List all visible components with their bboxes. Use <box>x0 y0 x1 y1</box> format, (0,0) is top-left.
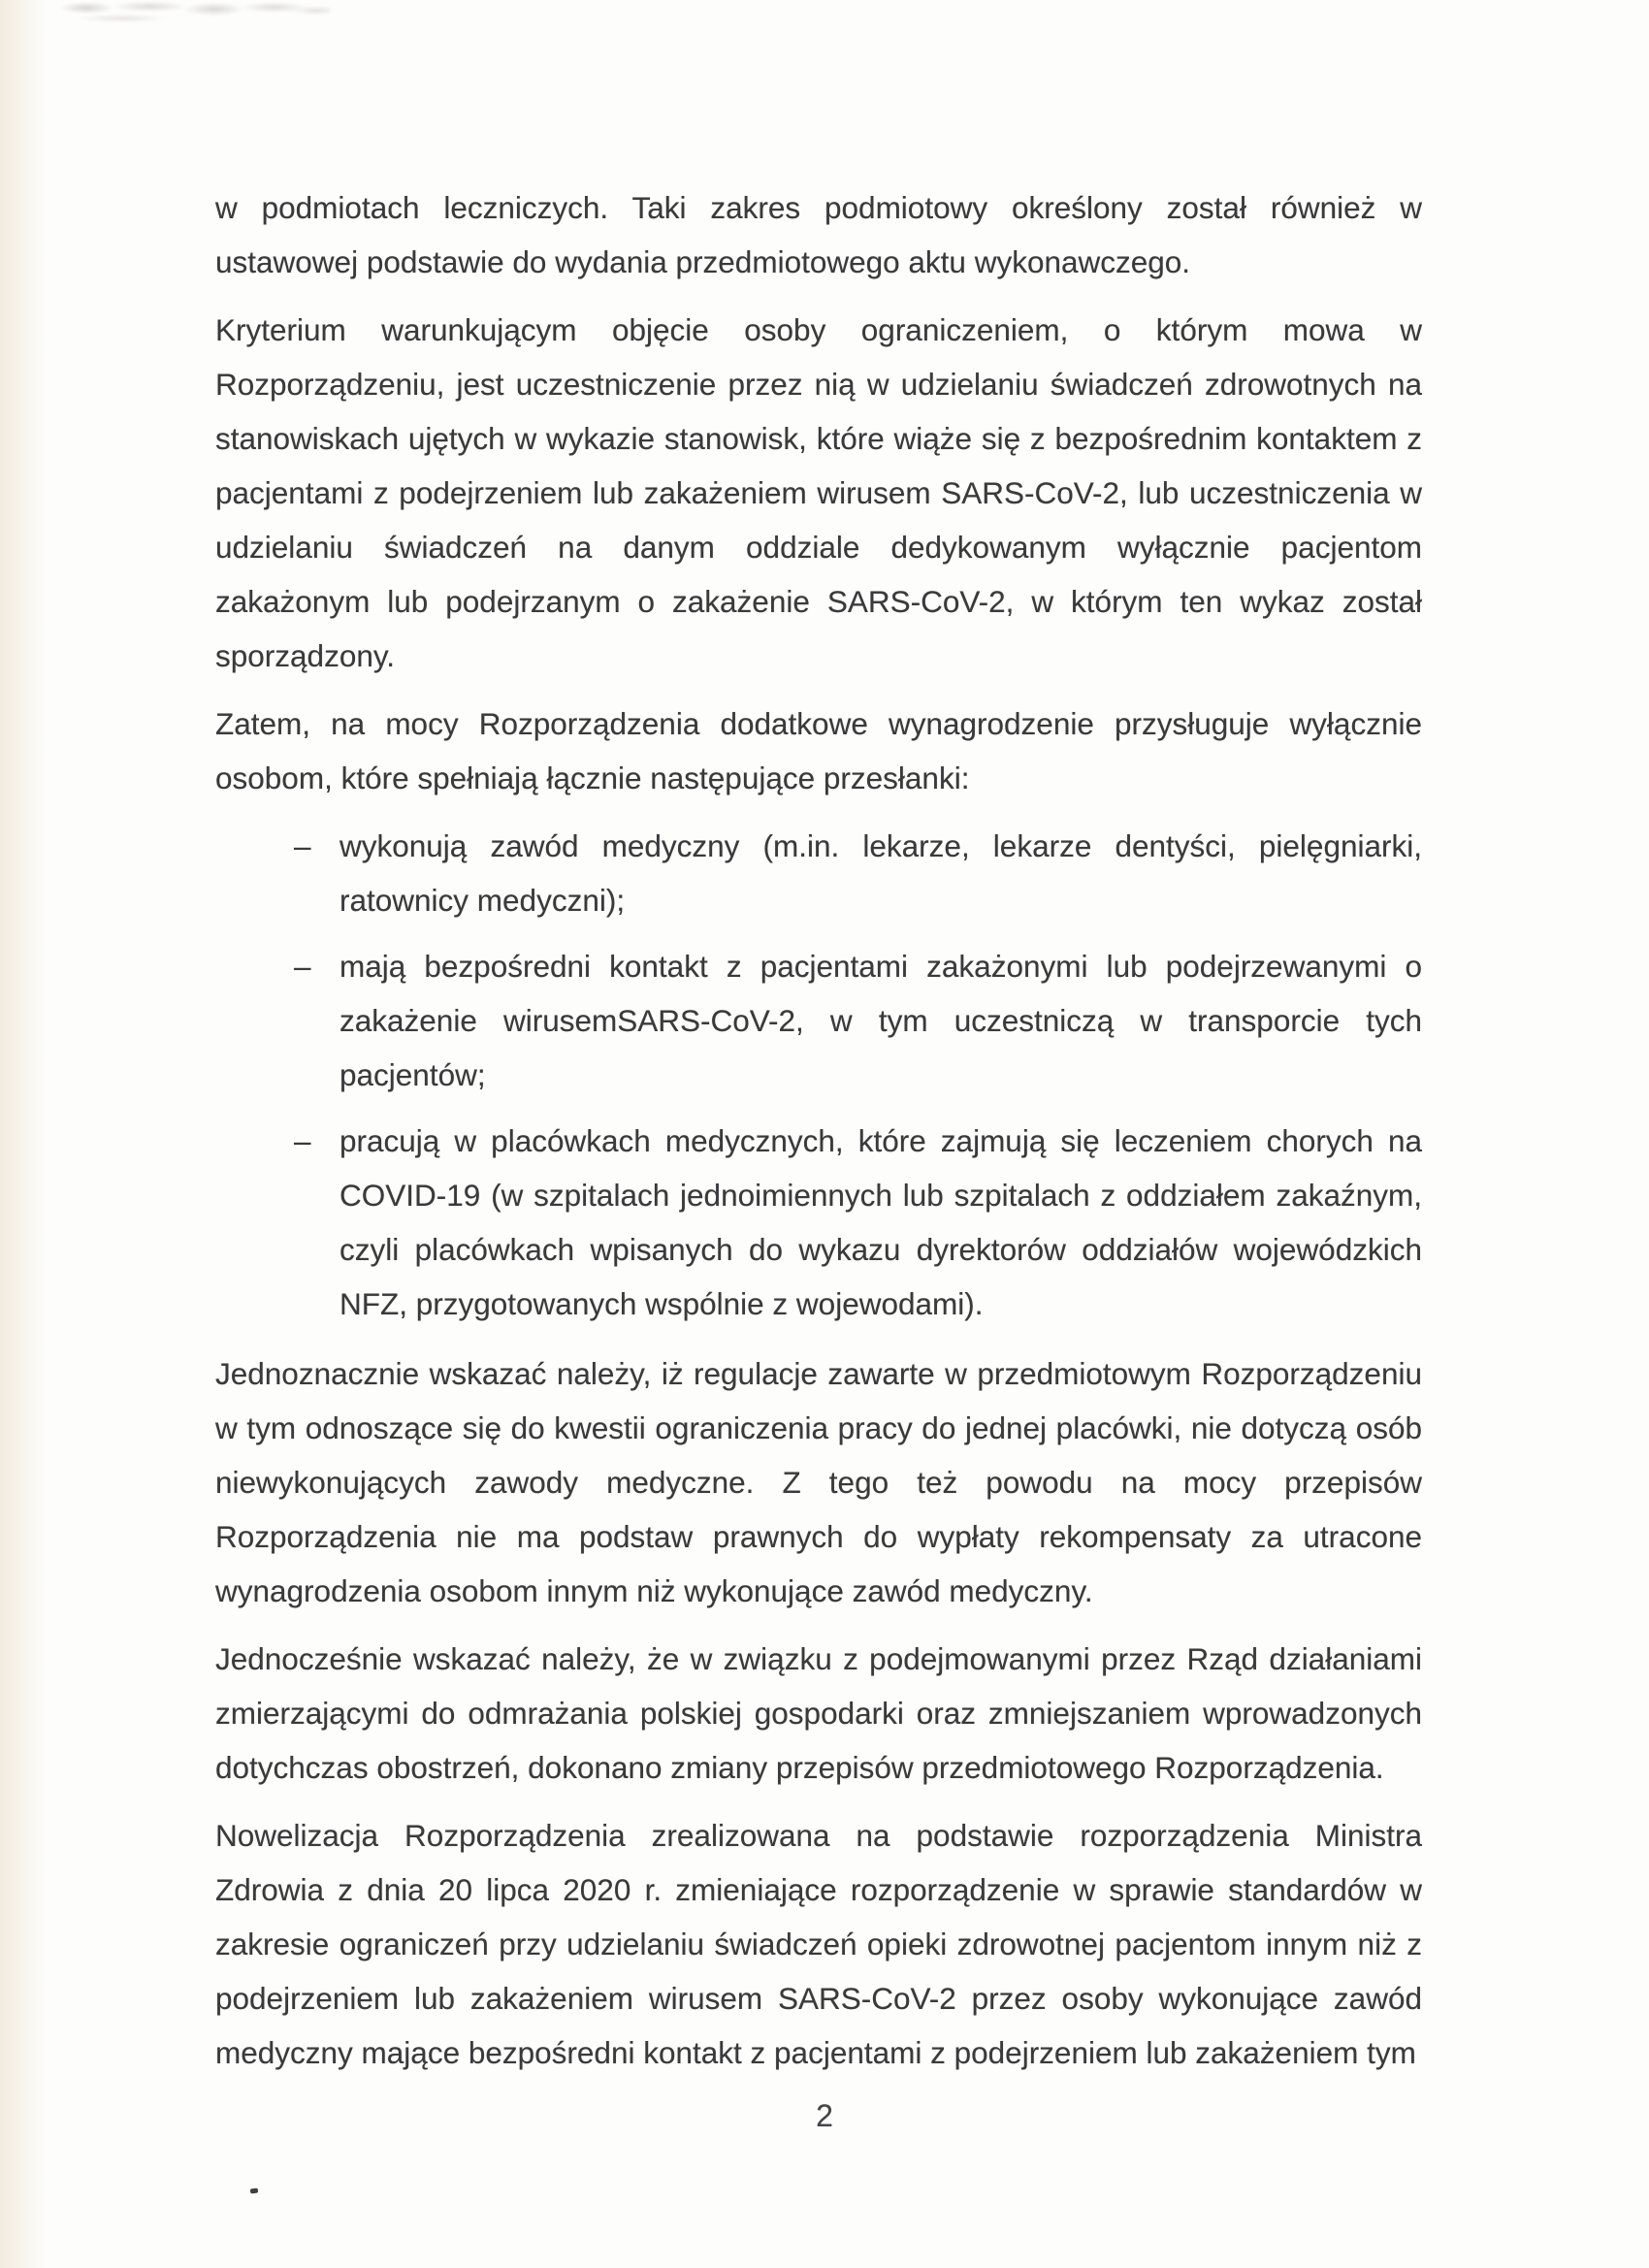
paragraph-non-medical-exclusion: Jednoznacznie wskazać należy, iż regulac… <box>215 1346 1422 1618</box>
dash-bullet-marker: – <box>294 819 333 873</box>
dash-bullet-marker: – <box>294 939 333 993</box>
paragraph-reopening-changes: Jednocześnie wskazać należy, że w związk… <box>215 1632 1422 1795</box>
scan-smudge-artifact <box>53 0 330 26</box>
page-number: 2 <box>737 2091 912 2140</box>
document-body: w podmiotach leczniczych. Taki zakres po… <box>215 180 1422 2093</box>
premises-bullet-list: – wykonują zawód medyczny (m.in. lekarze… <box>215 819 1422 1331</box>
bullet-text-direct-contact: mają bezpośredni kontakt z pacjentami za… <box>339 949 1422 1092</box>
paragraph-amendment: Nowelizacja Rozporządzenia zrealizowana … <box>215 1808 1422 2080</box>
list-item: – wykonują zawód medyczny (m.in. lekarze… <box>215 819 1422 927</box>
paragraph-premises-intro: Zatem, na mocy Rozporządzenia dodatkowe … <box>215 697 1422 805</box>
ink-speck-artifact <box>250 2187 259 2193</box>
dash-bullet-marker: – <box>294 1114 333 1168</box>
list-item: – pracują w placówkach medycznych, które… <box>215 1114 1422 1331</box>
scanned-document-page: w podmiotach leczniczych. Taki zakres po… <box>0 0 1649 2268</box>
paragraph-scope-subjects: w podmiotach leczniczych. Taki zakres po… <box>215 180 1422 289</box>
paragraph-criterion: Kryterium warunkującym objęcie osoby ogr… <box>215 303 1422 683</box>
bullet-text-medical-profession: wykonują zawód medyczny (m.in. lekarze, … <box>339 828 1422 918</box>
bullet-text-covid-facilities: pracują w placówkach medycznych, które z… <box>339 1123 1422 1321</box>
list-item: – mają bezpośredni kontakt z pacjentami … <box>215 939 1422 1102</box>
